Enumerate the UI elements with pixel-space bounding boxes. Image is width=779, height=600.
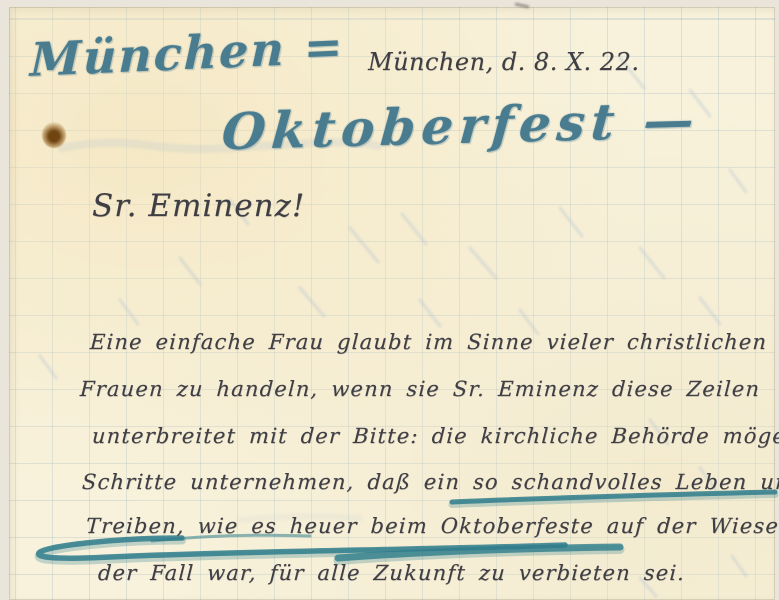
body-line-2: Frauen zu handeln, wenn sie Sr. Eminenz … xyxy=(79,377,760,401)
ink-stain xyxy=(42,122,66,148)
scanned-letter: München = München, d. 8. X. 22. Oktoberf… xyxy=(0,0,779,600)
body-line-5: Treiben, wie es heuer beim Oktoberfeste … xyxy=(85,514,779,538)
body-line-3: unterbreitet mit der Bitte: die kirchlic… xyxy=(91,424,779,448)
blue-pencil-headline-oktoberfest: Oktoberfest — xyxy=(220,90,702,162)
salutation: Sr. Eminenz! xyxy=(92,188,305,224)
dateline: München, d. 8. X. 22. xyxy=(368,48,639,76)
body-line-6: der Fall war, für alle Zukunft zu verbie… xyxy=(97,561,685,585)
body-line-1: Eine einfache Frau glaubt im Sinne viele… xyxy=(89,330,768,354)
body-line-4: Schritte unternehmen, daß ein so schandv… xyxy=(81,470,779,494)
